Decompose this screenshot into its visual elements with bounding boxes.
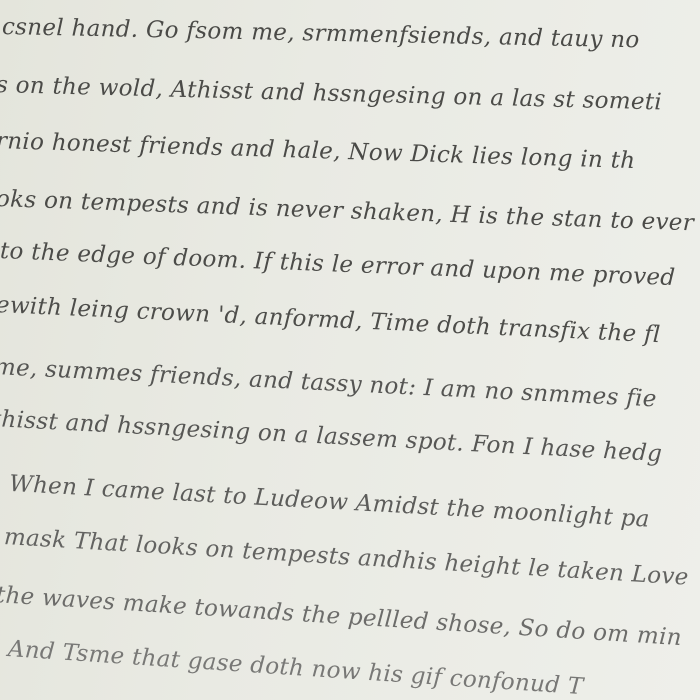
text-line-2: s on the wold, Athisst and hssngesing on… bbox=[0, 72, 662, 115]
text-line-5: to the edge of doom. If this le error an… bbox=[0, 238, 676, 291]
text-line-12: And Tsme that gase doth now his gif conf… bbox=[7, 636, 584, 700]
text-line-1: csnel hand. Go fsom me, srmmenfsiends, a… bbox=[2, 14, 640, 53]
text-line-11: the waves make towands the pellled shose… bbox=[0, 582, 683, 651]
text-line-7: me, summes friends, and tassy not: I am … bbox=[0, 354, 657, 412]
text-line-9: . When I came last to Ludeow Amidst the … bbox=[0, 470, 650, 533]
text-line-4: oks on tempests and is never shaken, H i… bbox=[0, 186, 694, 236]
text-line-3: rnio honest friends and hale, Now Dick l… bbox=[0, 128, 636, 174]
text-line-6: ewith leing crown 'd, anformd, Time doth… bbox=[0, 292, 661, 348]
text-line-8: thisst and hssngesing on a lassem spot. … bbox=[0, 406, 663, 467]
handwritten-page: csnel hand. Go fsom me, srmmenfsiends, a… bbox=[0, 0, 700, 700]
text-line-10: mask That looks on tempests andhis heigh… bbox=[3, 524, 689, 591]
